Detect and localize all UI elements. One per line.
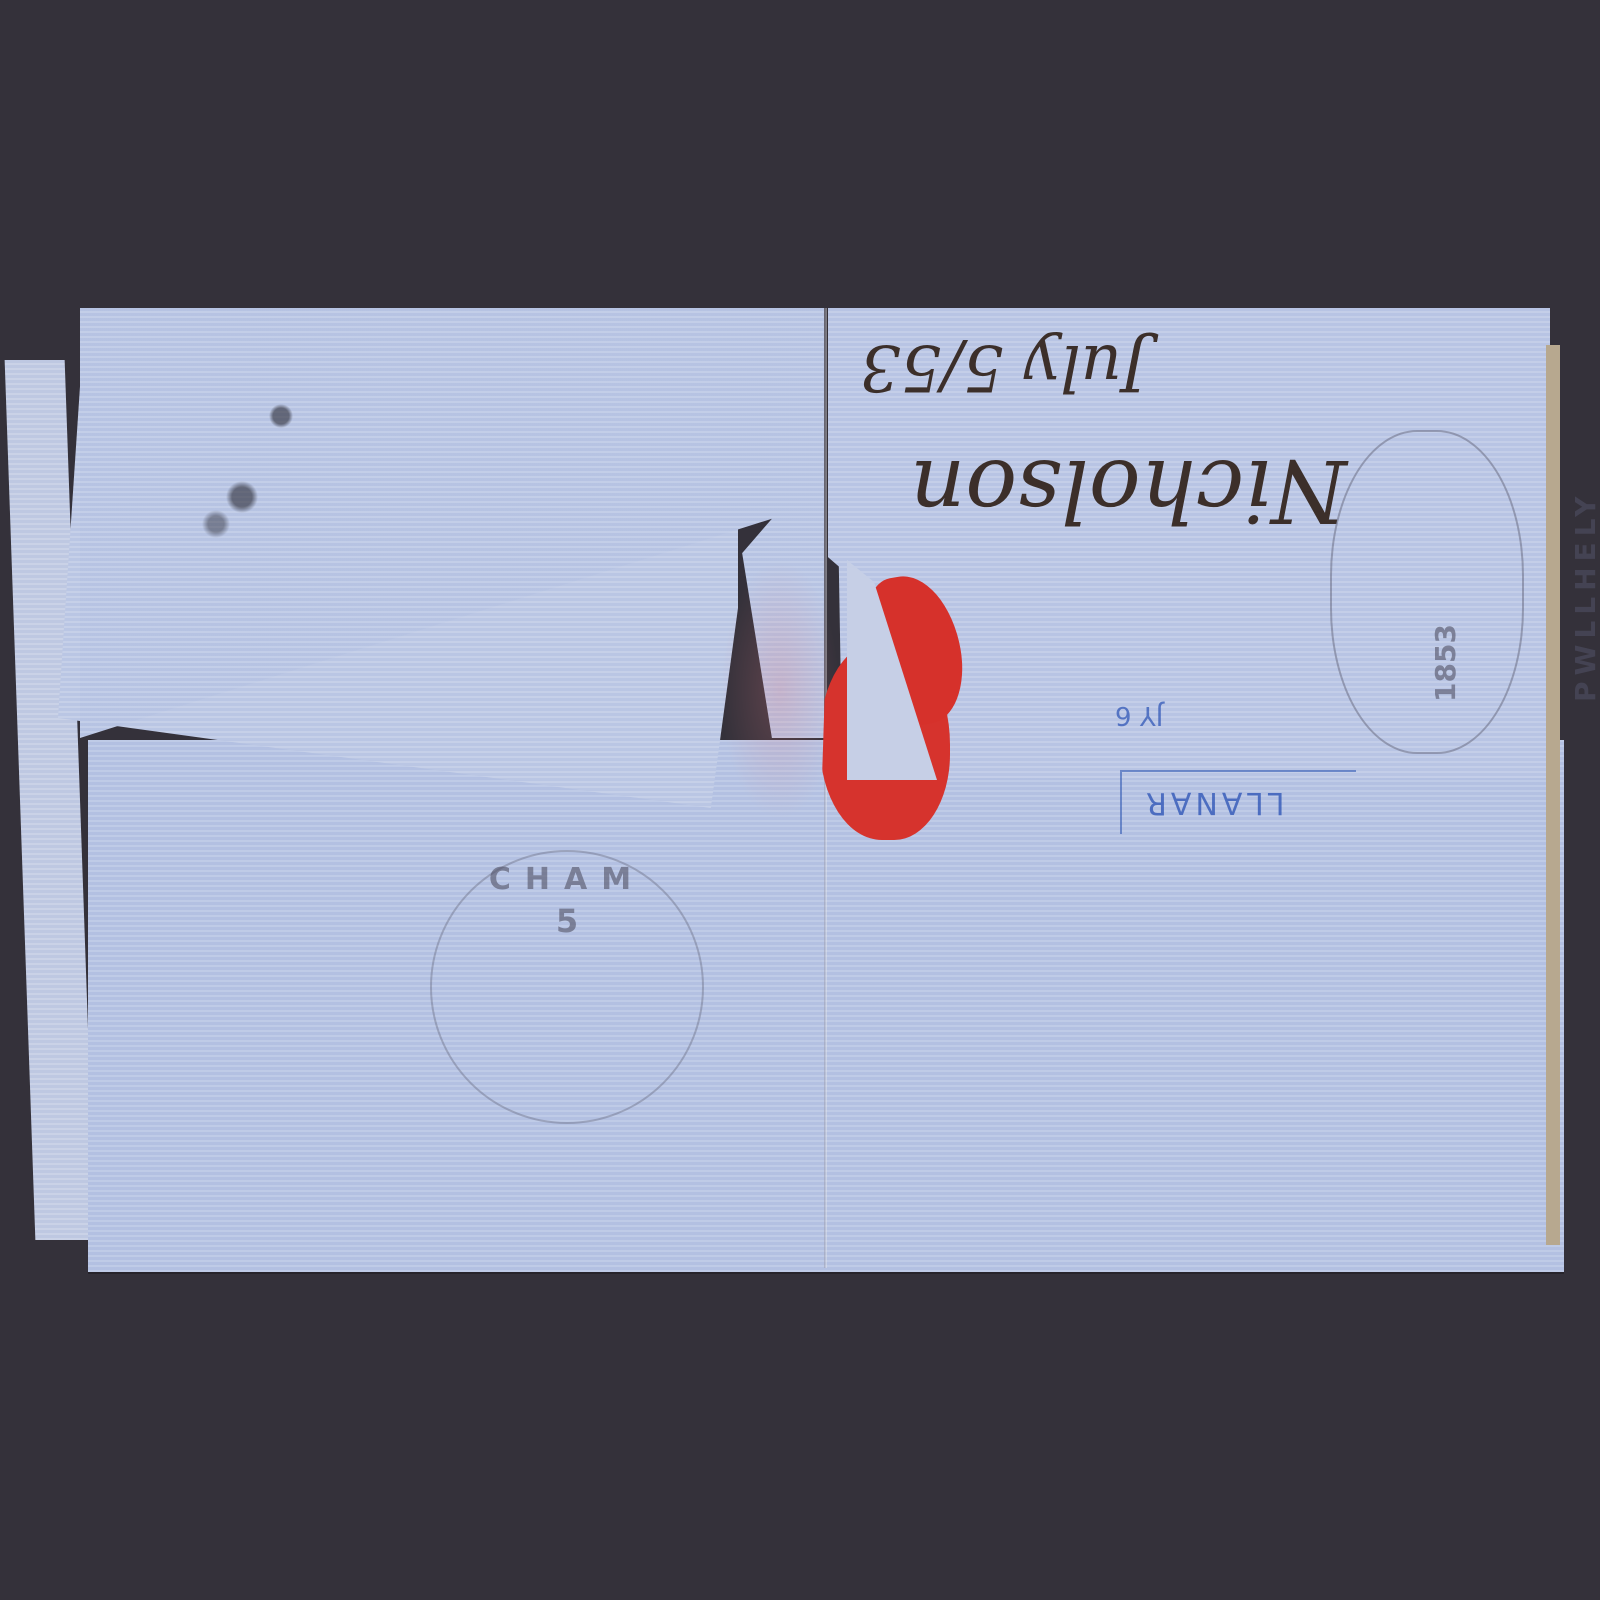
postmark-right: PWLLHELY 1853 — [1330, 430, 1524, 754]
wax-stain — [720, 560, 840, 820]
paper-edge — [1546, 345, 1560, 1245]
postmark-left-town: CHAM — [432, 862, 702, 897]
postmark-right-year: 1853 — [1429, 624, 1462, 702]
postmark-left-day: 5 — [432, 902, 702, 940]
docket-date: July 5/53 — [860, 330, 1148, 404]
postmark-right-town: PWLLHELY — [1569, 491, 1600, 702]
ink-smudge — [190, 380, 320, 560]
blue-date-mark: JY 6 — [1115, 700, 1163, 730]
postmark-left: CHAM 5 — [430, 850, 704, 1124]
blue-boxed-town-mark: LLANAR — [1120, 770, 1356, 834]
docket-name: Nicholson — [910, 440, 1347, 540]
